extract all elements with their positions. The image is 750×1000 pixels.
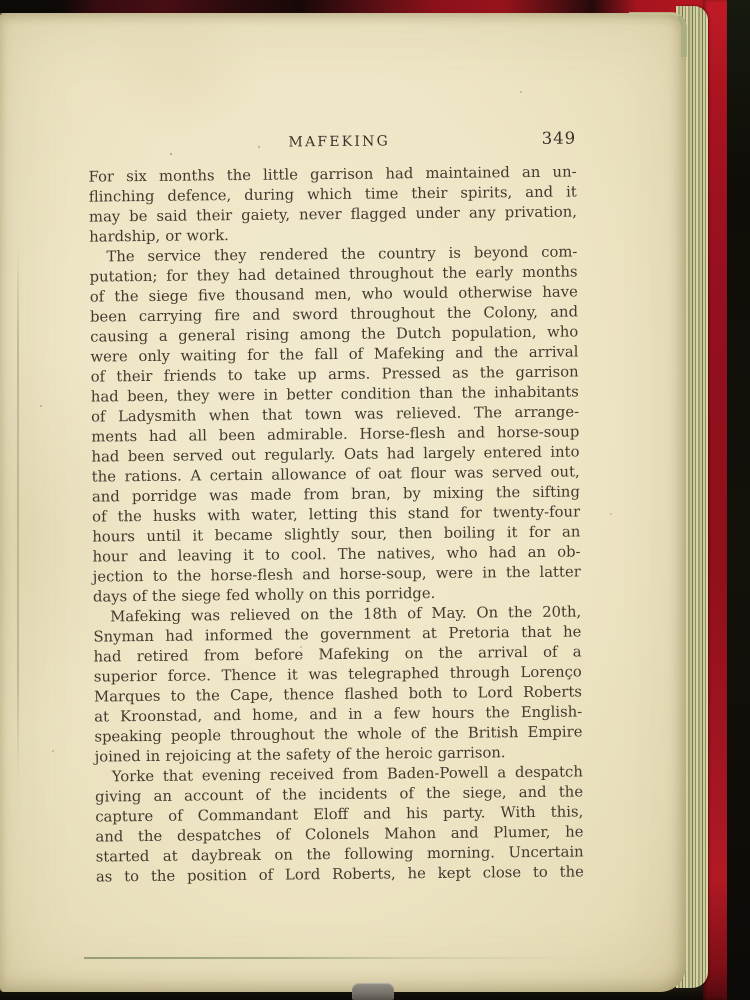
body-text: For six months the little garrison had m… [88, 162, 584, 887]
page-header: MAFEKING 349 [88, 118, 576, 167]
book-page: MAFEKING 349 For six months the little g… [0, 13, 686, 992]
paragraph: The service they rendered the country is… [89, 242, 581, 607]
text-line: as to the position of Lord Roberts, he k… [96, 862, 584, 887]
background-dark-area [724, 0, 750, 1000]
page-number: 349 [542, 128, 577, 147]
paragraph: Mafeking was relieved on the 18th of May… [93, 602, 583, 767]
page-crease [17, 243, 19, 783]
running-head: MAFEKING [102, 131, 576, 152]
book-photo: MAFEKING 349 For six months the little g… [0, 0, 750, 1000]
paper-specks [0, 13, 2, 15]
underlying-page-edge [84, 957, 584, 959]
page-corner-curl [629, 12, 687, 57]
text-column: MAFEKING 349 For six months the little g… [88, 118, 584, 887]
book-clamp [352, 983, 394, 1000]
paragraph: Yorke that evening received from Baden-P… [95, 762, 584, 887]
paragraph: For six months the little garrison had m… [88, 162, 577, 247]
